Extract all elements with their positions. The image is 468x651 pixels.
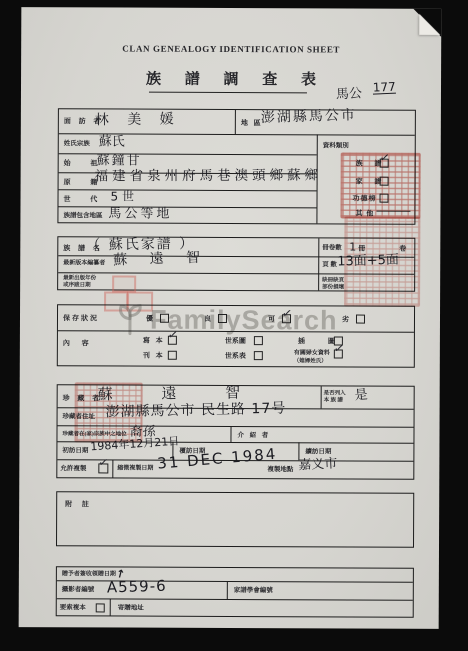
permit-copy-label: 允許複製 — [60, 465, 86, 473]
condition-fair-label: 可 — [268, 315, 275, 323]
checkmark — [281, 306, 293, 321]
faint-stamp-fragment — [112, 275, 136, 292]
document-page: CLAN GENEALOGY IDENTIFICATION SHEET 族 譜 … — [19, 7, 442, 629]
section-notes: 附 註 — [56, 491, 414, 548]
content-pedigree-table-checkbox — [254, 351, 263, 360]
coverage-label: 族譜包含地區 — [63, 212, 102, 220]
english-title: CLAN GENEALOGY IDENTIFICATION SHEET — [21, 43, 441, 55]
content-manuscript-checkbox — [168, 336, 177, 345]
listed-label-line1: 是否列入 — [324, 390, 346, 396]
red-seal-stamp — [74, 382, 142, 442]
content-women-checkbox — [334, 349, 343, 358]
introducer-label: 介 紹 者 — [237, 432, 270, 440]
title-underline — [149, 92, 307, 94]
pub-label-line2: 或序跋日期 — [63, 282, 91, 288]
microfilm-date-label: 縮微複製日期 — [117, 466, 153, 473]
origin-value: 福建省泉州府馬巷澳頭鄉蘇鄉 — [95, 169, 323, 183]
condition-excellent-label: 優 — [146, 315, 153, 323]
send-address-label: 寄贈地址 — [118, 605, 144, 613]
volume-label: 冊卷數 — [322, 244, 342, 252]
generation-value: 5 世 — [111, 190, 135, 202]
copy-place-value: 嘉义市 — [298, 457, 338, 472]
society-number-label: 家譜學會編號 — [234, 587, 273, 595]
coverage-value: 馬公等地 — [108, 207, 172, 220]
microfilm-date-value: 31 DEC 1984 — [157, 447, 278, 472]
first-visit-label: 初訪日期 — [62, 447, 88, 455]
section-admin: 贈予者簽收領贈日期 攝影者編號 A559-6 ↑ 家譜學會編號 要索複本 寄贈地… — [56, 566, 414, 618]
microfilm-scan: CLAN GENEALOGY IDENTIFICATION SHEET 族 譜 … — [0, 0, 468, 651]
district-value: 澎湖縣馬公市 — [261, 108, 357, 125]
checkmark — [333, 341, 345, 356]
red-seal-stamp — [340, 152, 420, 218]
corner-fold — [419, 14, 440, 35]
permit-copy-checkbox — [98, 463, 108, 473]
missing-label-line1: 缺冊缺頁 — [322, 277, 344, 283]
annotation-place: 馬公 — [336, 86, 363, 102]
compiler-label: 最新版本編纂者 — [63, 260, 105, 267]
condition-poor-label: 劣 — [342, 315, 349, 323]
content-pedigree-table-label: 世系表 — [225, 352, 246, 360]
district-label: 地 區 — [241, 119, 263, 127]
checkmark — [167, 327, 179, 342]
receipt-label: 贈予者簽收領贈日期 — [62, 571, 116, 578]
content-pedigree-chart-checkbox — [254, 336, 263, 345]
condition-good-checkbox — [218, 314, 227, 323]
photographer-value: A559-6 — [107, 579, 167, 596]
pages-label: 頁 數 — [322, 261, 337, 269]
notes-label: 附 註 — [65, 500, 93, 508]
content-printed-label: 刊 本 — [143, 352, 165, 360]
content-label: 內 容 — [63, 339, 94, 347]
clan-label: 姓氏宗族 — [64, 140, 90, 148]
copy-place-label: 複製地點 — [267, 466, 293, 474]
copy-request-checkbox — [96, 603, 105, 612]
generation-label: 世 代 — [63, 195, 106, 203]
pub-label-line1: 最新出版年份 — [63, 275, 96, 281]
listed-value: 是 — [354, 388, 368, 402]
condition-excellent-checkbox — [160, 314, 169, 323]
red-seal-stamp — [344, 216, 420, 306]
photographer-label: 攝影者編號 — [62, 586, 95, 594]
missing-label-line2: 部份損壞 — [322, 284, 344, 290]
condition-good-label: 良 — [204, 315, 211, 323]
checkmark — [97, 455, 109, 470]
condition-poor-checkbox — [356, 315, 365, 324]
women-note: （媳婦姓氏） — [294, 358, 327, 364]
condition-label: 保存狀況 — [63, 314, 99, 322]
interviewer-value: 林 美 媛 — [95, 112, 181, 127]
annotation-handwriting: 馬公 177 — [336, 86, 397, 102]
content-women-label: 有關婦女資料 — [294, 350, 330, 357]
content-printed-checkbox — [168, 351, 177, 360]
annotation-number: 177 — [373, 81, 397, 95]
compiler-value: 蘇 遠 智 — [113, 251, 209, 268]
third-visit-label: 續訪日期 — [305, 448, 331, 456]
category-label: 資料類別 — [323, 142, 349, 150]
section-condition: 保存狀況 優 良 可 劣 內 容 寫 本 世系圖 插 圖 刊 本 世系表 有關婦… — [57, 304, 415, 368]
content-pedigree-chart-label: 世系圖 — [225, 337, 246, 345]
listed-label-line2: 本 族 譜 — [324, 397, 343, 403]
content-manuscript-label: 寫 本 — [143, 337, 165, 345]
copy-request-label: 要索複本 — [60, 604, 86, 612]
clan-value: 蘇氏 — [99, 135, 125, 148]
condition-fair-checkbox — [282, 314, 291, 323]
ancestor-value: 蘇鐘甘 — [97, 154, 142, 167]
